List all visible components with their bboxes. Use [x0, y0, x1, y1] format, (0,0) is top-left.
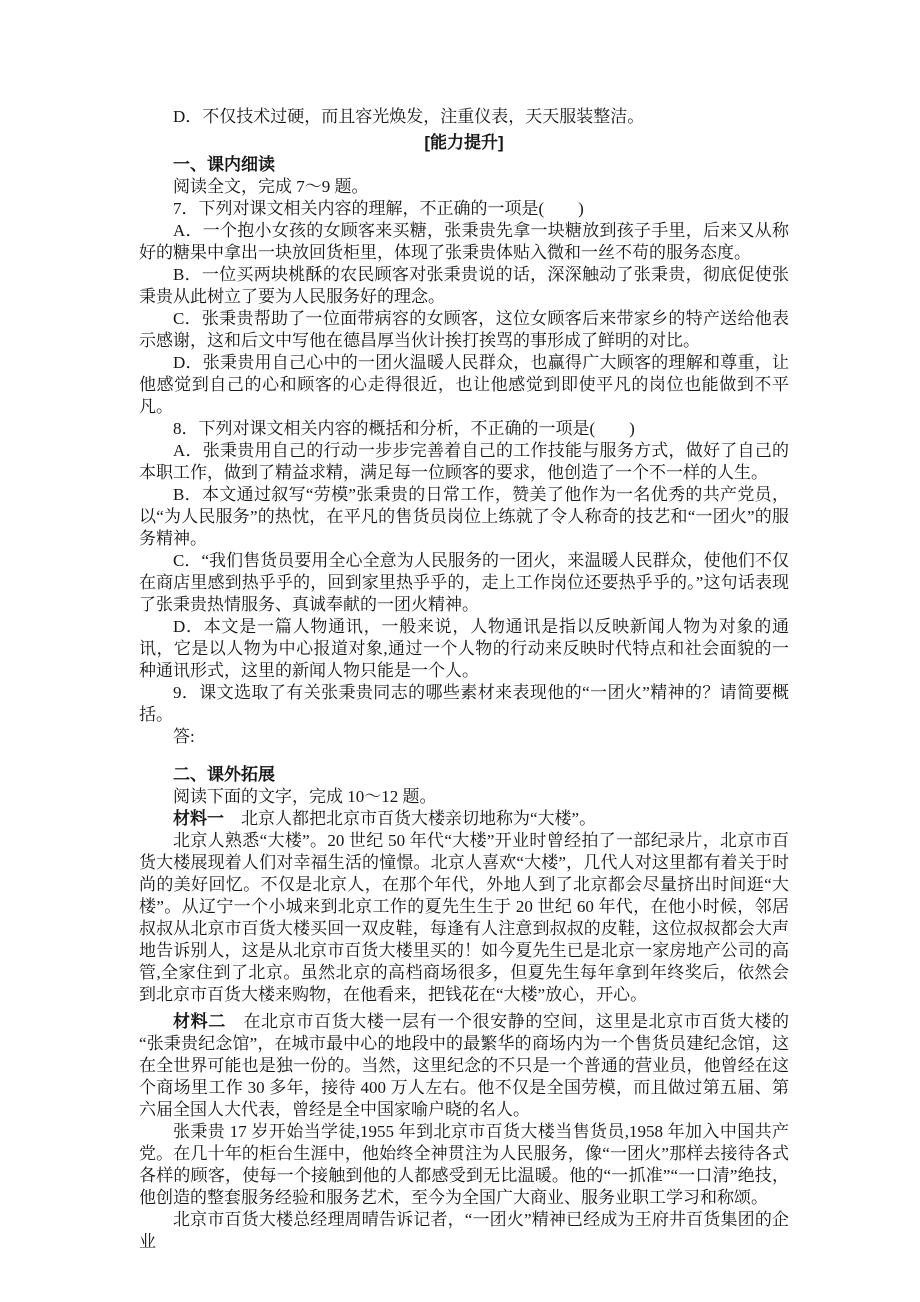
- section1-instruction: 阅读全文，完成 7～9 题。: [139, 176, 789, 198]
- question7-option-a: A．一个抱小女孩的女顾客来买糖，张秉贵先拿一块糖放到孩子手里，后来又从称好的糖果…: [139, 220, 789, 264]
- question7-option-b: B．一位买两块桃酥的农民顾客对张秉贵说的话，深深触动了张秉贵，彻底促使张秉贵从此…: [139, 264, 789, 308]
- material1-paragraph: 北京人熟悉“大楼”。20 世纪 50 年代“大楼”开业时曾经拍了一部纪录片，北京…: [139, 830, 789, 1006]
- section2-instruction: 阅读下面的文字，完成 10～12 题。: [139, 786, 789, 808]
- question9-answer-space: [139, 748, 789, 764]
- material2-intro-line: 材料二 在北京市百货大楼一层有一个很安静的空间，这里是北京市百货大楼的“张秉贵纪…: [139, 1011, 789, 1121]
- question8-option-a: A．张秉贵用自己的行动一步步完善着自己的工作技能与服务方式，做好了自己的本职工作…: [139, 440, 789, 484]
- section2-heading: 二、课外拓展: [139, 764, 789, 786]
- question8-option-c: C．“我们售货员要用全心全意为人民服务的一团火，来温暖人民群众，使他们不仅在商店…: [139, 550, 789, 616]
- question8-option-d: D．本文是一篇人物通讯，一般来说，人物通讯是指以反映新闻人物为对象的通讯，它是以…: [139, 616, 789, 682]
- question9-stem: 9．课文选取了有关张秉贵同志的哪些素材来表现他的“一团火”精神的？请简要概括。: [139, 682, 789, 726]
- question8-option-b: B．本文通过叙写“劳模”张秉贵的日常工作，赞美了他作为一名优秀的共产党员，以“为…: [139, 484, 789, 550]
- material2-paragraph-2: 北京市百货大楼总经理周晴告诉记者，“一团火”精神已经成为王府井百货集团的企业: [139, 1209, 789, 1253]
- question7-option-c: C．张秉贵帮助了一位面带病容的女顾客，这位女顾客后来带家乡的特产送给他表示感谢，…: [139, 308, 789, 352]
- material1-intro-line: 材料一 北京人都把北京市百货大楼亲切地称为“大楼”。: [139, 808, 789, 830]
- document-page: D．不仅技术过硬，而且容光焕发，注重仪表，天天服装整洁。 [能力提升] 一、课内…: [0, 0, 789, 1253]
- question7-stem: 7．下列对课文相关内容的理解，不正确的一项是( ): [139, 198, 789, 220]
- scanned-worksheet: { "page": { "background_color": "#ffffff…: [0, 0, 920, 1302]
- question7-option-d: D．张秉贵用自己心中的一团火温暖人民群众，也赢得广大顾客的理解和尊重，让他感觉到…: [139, 352, 789, 418]
- material2-intro-text: 在北京市百货大楼一层有一个很安静的空间，这里是北京市百货大楼的“张秉贵纪念馆”，…: [139, 1012, 789, 1119]
- material2-paragraph-1: 张秉贵 17 岁开始当学徒,1955 年到北京市百货大楼当售货员,1958 年加…: [139, 1121, 789, 1209]
- material1-intro-text: 北京人都把北京市百货大楼亲切地称为“大楼”。: [224, 809, 596, 828]
- question6-option-d: D．不仅技术过硬，而且容光焕发，注重仪表，天天服装整洁。: [139, 106, 789, 128]
- ability-boost-banner: [能力提升]: [139, 132, 789, 154]
- question9-answer-label: 答:: [139, 726, 789, 748]
- material1-label: 材料一: [173, 809, 224, 828]
- question8-stem: 8．下列对课文相关内容的概括和分析，不正确的一项是( ): [139, 418, 789, 440]
- material2-label: 材料二: [173, 1012, 226, 1031]
- section1-heading: 一、课内细读: [139, 154, 789, 176]
